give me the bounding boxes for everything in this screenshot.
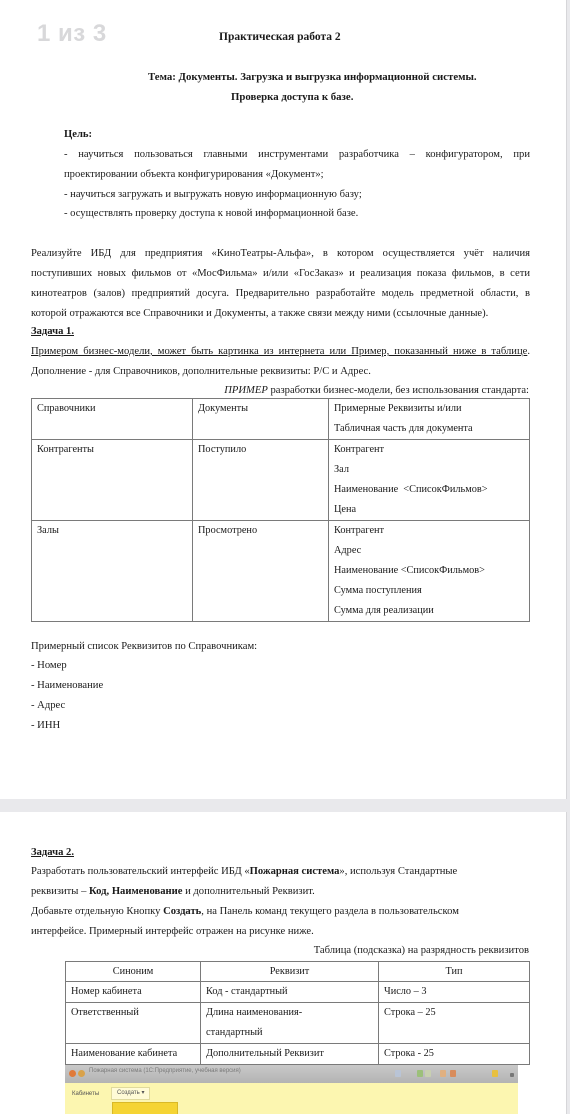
app-logo-icon <box>69 1070 76 1077</box>
goal-item-3: - осуществлять проверку доступа к новой … <box>64 204 358 224</box>
attr-list-item: - Адрес <box>31 696 65 716</box>
app-menu-icon <box>78 1070 85 1077</box>
goal-item-1: - научиться пользоваться главными инстру… <box>64 145 530 185</box>
cell-document: Просмотрено <box>193 521 329 622</box>
app-create-button: Создать ▾ <box>111 1087 150 1100</box>
task1-heading: Задача 1. <box>31 322 74 342</box>
topic-line-1: Тема: Документы. Загрузка и выгрузка инф… <box>148 71 477 83</box>
document-title: Практическая работа 2 <box>219 31 341 43</box>
task2-line-3: Добавьте отдельную Кнопку Создать, на Па… <box>31 902 459 922</box>
topic-line-2: Проверка доступа к базе. <box>231 91 353 103</box>
app-section-label: Кабинеты <box>72 1091 99 1097</box>
app-create-dropdown-menu <box>112 1102 178 1114</box>
toolbar-icon <box>450 1070 456 1077</box>
hint-table: Синоним Реквизит Тип Номер кабинета Код … <box>65 961 530 1065</box>
app-interface-screenshot: Пожарная система (1С:Предприятие, учебна… <box>65 1065 518 1114</box>
table-row: Ответственный Длина наименования-стандар… <box>66 1003 530 1044</box>
notification-icon <box>492 1070 498 1077</box>
cell-attributes: Контрагент Зал Наименование <СписокФильм… <box>329 440 530 521</box>
example-caption-italic: ПРИМЕР <box>224 385 268 396</box>
header-attribute: Реквизит <box>201 962 379 982</box>
table-row: Залы Просмотрено Контрагент Адрес Наимен… <box>32 521 530 622</box>
document-page-1: 1 из 3 Практическая работа 2 Тема: Докум… <box>0 0 567 799</box>
toolbar-icon <box>425 1070 431 1077</box>
goal-item-2: - научиться загружать и выгружать новую … <box>64 185 362 205</box>
task1-paragraph: Примером бизнес-модели, может быть карти… <box>31 342 530 382</box>
cell-attributes: Контрагент Адрес Наименование <СписокФил… <box>329 521 530 622</box>
attr-list-heading: Примерный список Реквизитов по Справочни… <box>31 637 257 657</box>
app-titlebar: Пожарная система (1С:Предприятие, учебна… <box>65 1065 518 1083</box>
toolbar-icon <box>395 1070 401 1077</box>
toolbar-icon <box>417 1070 423 1077</box>
table-row: Номер кабинета Код - стандартный Число –… <box>66 982 530 1003</box>
task2-line-1: Разработать пользовательский интерфейс И… <box>31 862 457 882</box>
document-page-2: Задача 2. Разработать пользовательский и… <box>0 812 567 1114</box>
attr-list-item: - Номер <box>31 656 67 676</box>
business-model-table: Справочники Документы Примерные Реквизит… <box>31 398 530 622</box>
intro-paragraph: Реализуйте ИБД для предприятия «КиноТеат… <box>31 244 530 324</box>
task2-line-4: интерфейсе. Примерный интерфейс отражен … <box>31 922 314 942</box>
hint-table-header-row: Синоним Реквизит Тип <box>66 962 530 982</box>
attr-list-item: - ИНН <box>31 716 60 736</box>
toolbar-icon <box>440 1070 446 1077</box>
header-attributes: Примерные Реквизиты и/или Табличная част… <box>329 399 530 440</box>
attr-list-item: - Наименование <box>31 676 103 696</box>
table-row: Наименование кабинета Дополнительный Рек… <box>66 1044 530 1065</box>
task2-heading: Задача 2. <box>31 843 74 863</box>
task2-line-2: реквизиты – Код, Наименование и дополнит… <box>31 882 315 902</box>
cell-catalog: Контрагенты <box>32 440 193 521</box>
goal-heading: Цель: <box>64 125 92 145</box>
minimize-icon <box>510 1073 514 1077</box>
multiline-cell: Длина наименования-стандартный <box>201 1003 379 1044</box>
table-row: Контрагенты Поступило Контрагент Зал Наи… <box>32 440 530 521</box>
page-counter: 1 из 3 <box>37 20 107 48</box>
header-type: Тип <box>379 962 530 982</box>
task1-underlined-text: Примером бизнес-модели, может быть карти… <box>31 346 527 357</box>
header-synonym: Синоним <box>66 962 201 982</box>
example-caption-rest: разработки бизнес-модели, без использова… <box>268 385 529 396</box>
header-catalogs: Справочники <box>32 399 193 440</box>
header-documents: Документы <box>193 399 329 440</box>
cell-catalog: Залы <box>32 521 193 622</box>
app-window-title: Пожарная система (1С:Предприятие, учебна… <box>89 1068 241 1074</box>
hint-table-caption: Таблица (подсказка) на разрядность рекви… <box>314 941 529 961</box>
cell-document: Поступило <box>193 440 329 521</box>
table-header-row: Справочники Документы Примерные Реквизит… <box>32 399 530 440</box>
